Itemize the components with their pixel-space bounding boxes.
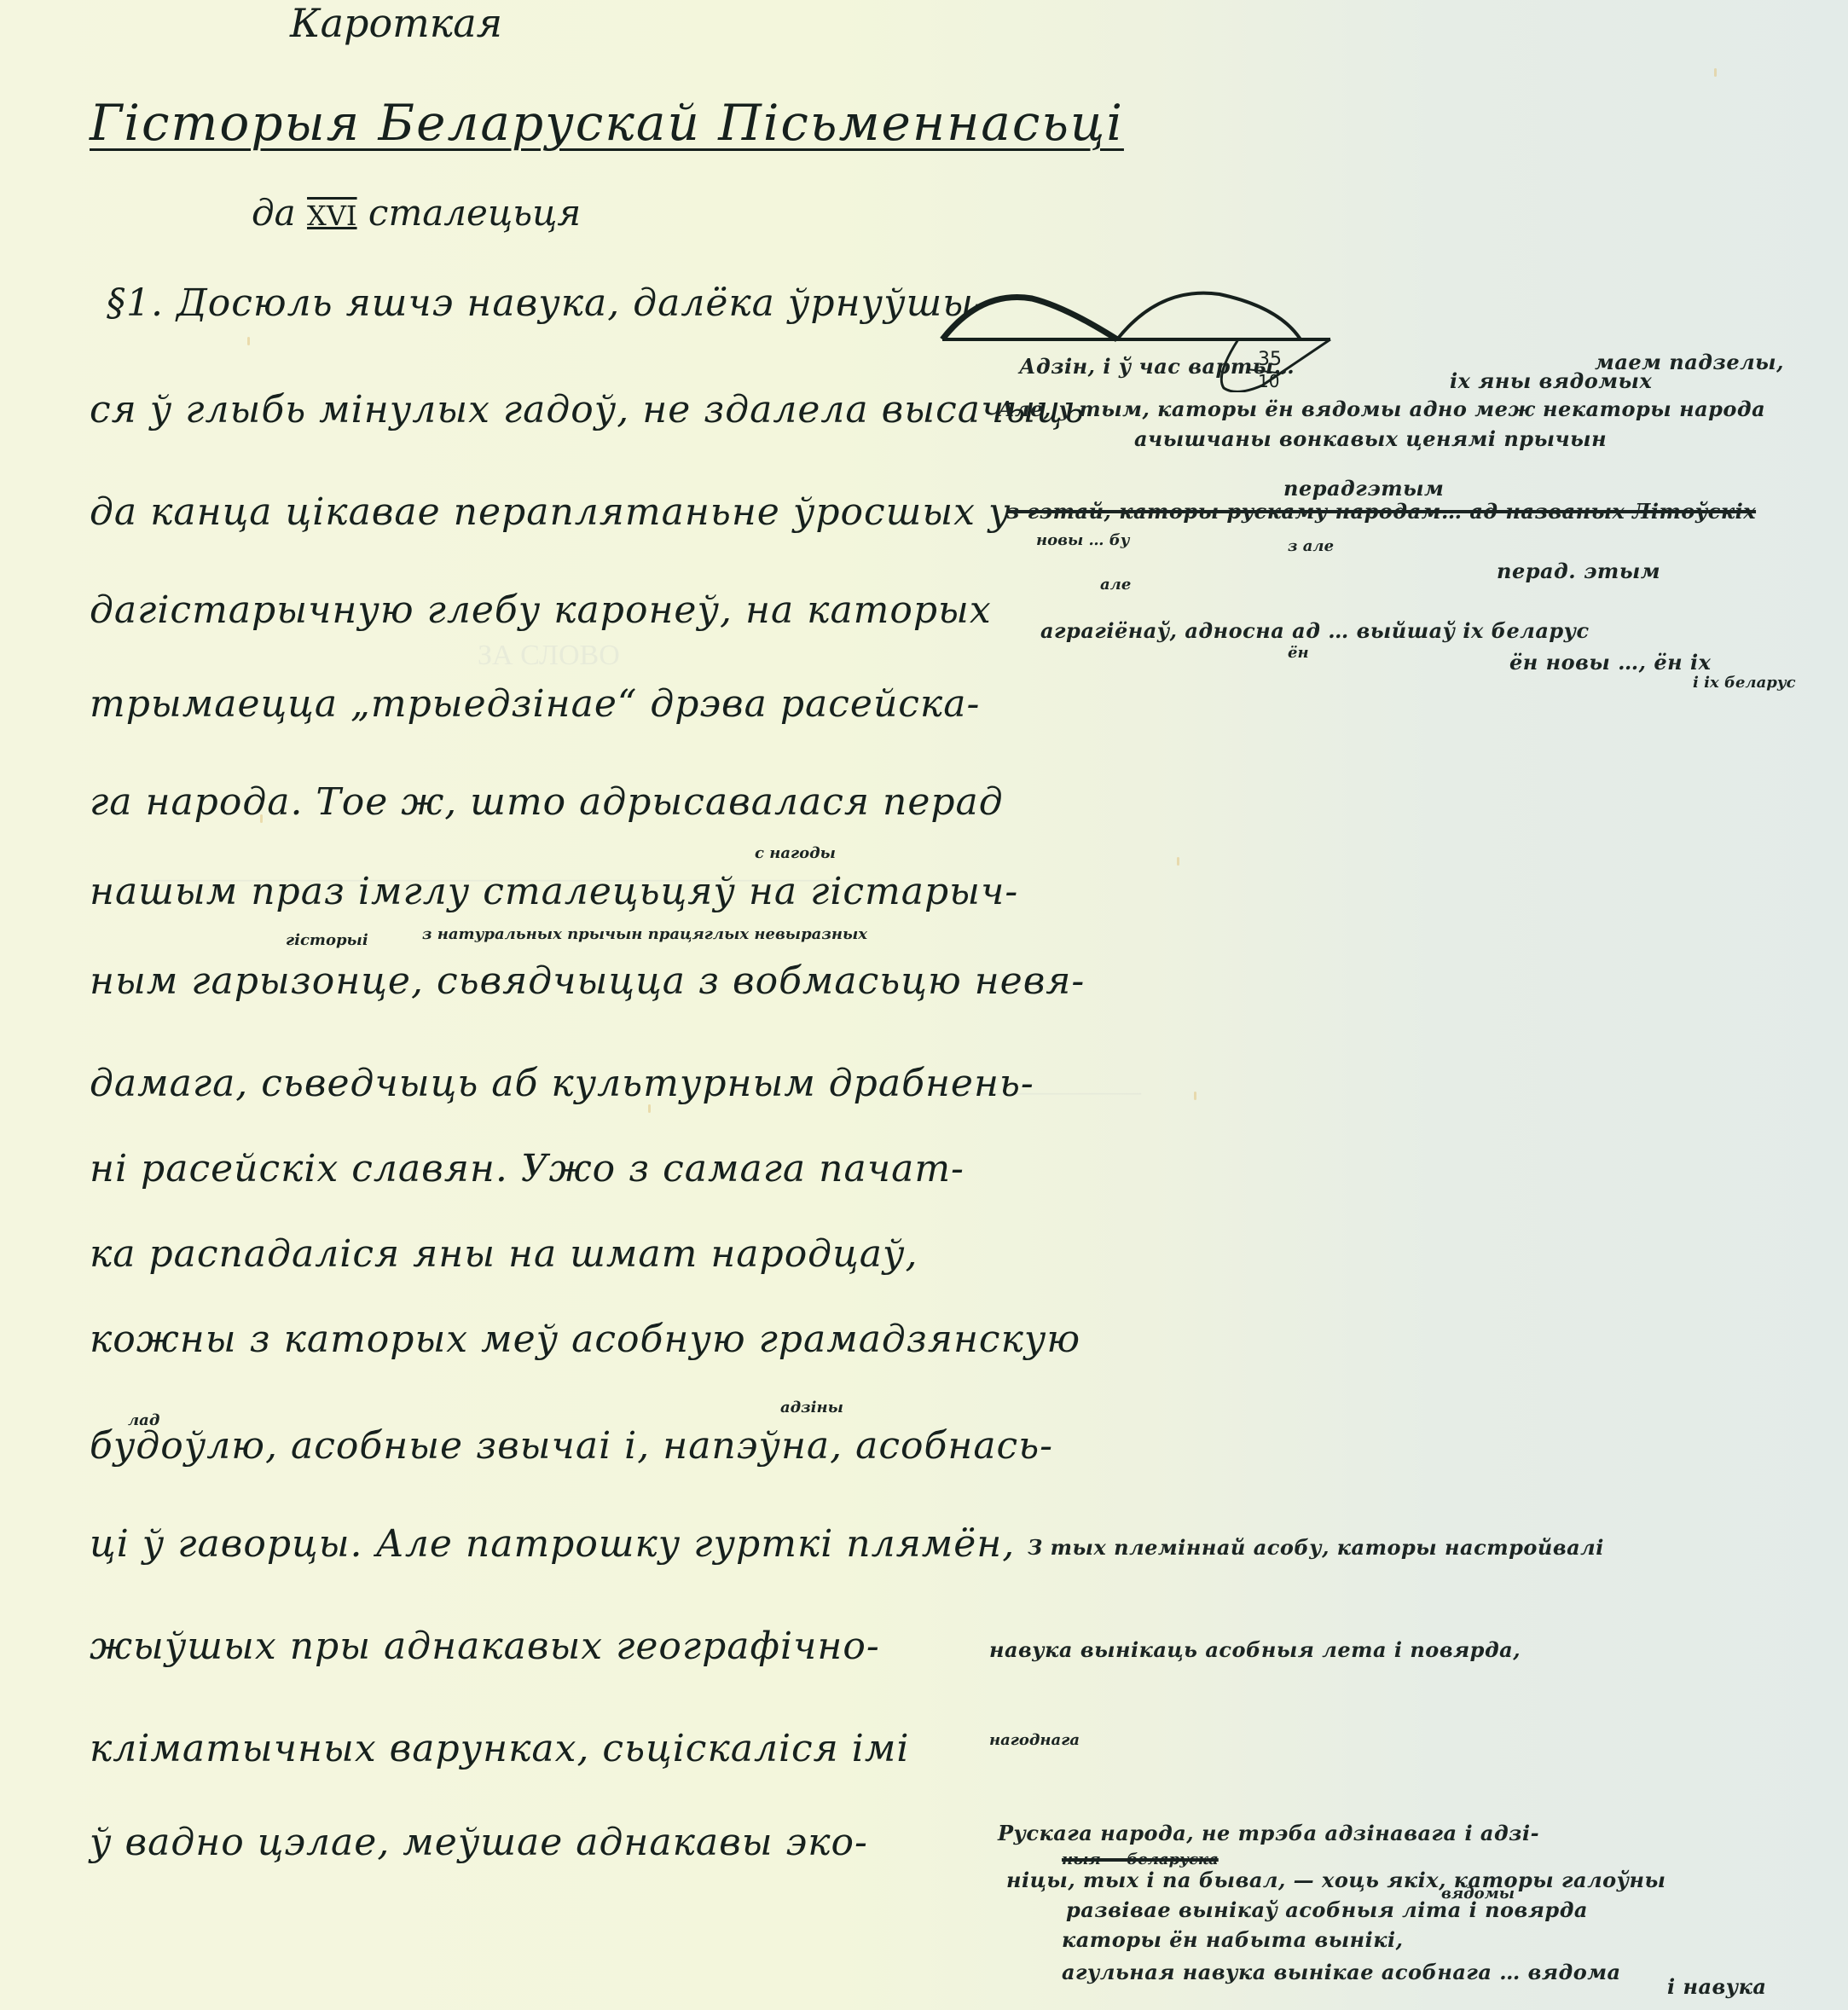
margin-note: аграгіёнаў, адносна ад … выйшаў іх белар… [1040, 618, 1590, 643]
body-line-9: дамага, сьведчыць аб культурным драбнень… [90, 1062, 1034, 1105]
margin-note: і навука [1667, 1974, 1766, 1999]
body-line-12: кожны з каторых меў асобную грамадзянску… [90, 1318, 1080, 1361]
body-line-13: будоўлю, асобные звычаі і, напэўна, асоб… [90, 1424, 1053, 1468]
margin-note: развівае вынікаў асобныя літа і повярда [1066, 1897, 1588, 1922]
margin-note: перад. этым [1497, 559, 1660, 583]
correction-above-line-8-left: гісторыі [286, 931, 368, 949]
body-line-16: кліматычных варунках, сьціскаліся імі [90, 1727, 909, 1770]
margin-note: ён новы …, ён іх [1509, 650, 1711, 675]
body-line-17: ў вадно цэлае, меўшае аднакавы эко- [90, 1821, 868, 1864]
margin-note: але [1100, 576, 1131, 594]
paper-speck [1177, 857, 1179, 866]
subtitle-prefix: да [252, 192, 296, 234]
body-line-6: га народа. Тое ж, што адрысавалася перад [90, 780, 1004, 824]
margin-note: з але [1288, 537, 1334, 555]
margin-note: ён [1288, 644, 1309, 662]
margin-note: ныя — беларуска [1062, 1851, 1219, 1868]
margin-note: Але, у тым, каторы ён вядомы адно меж не… [998, 397, 1765, 421]
margin-note: З тых племіннай асобу, каторы настройвал… [1028, 1535, 1604, 1560]
correction-above-line-13-right: адзіны [780, 1399, 843, 1416]
margin-note: і іх беларус [1693, 674, 1796, 692]
subtitle: да XVI сталецьця [252, 192, 581, 234]
margin-note: новы … бу [1036, 531, 1130, 549]
margin-note: ніцы, тых і па бывал, — хоць якіх, катор… [1006, 1868, 1666, 1892]
margin-note: агульная навука вынікае асобнага … вядом… [1062, 1960, 1621, 1984]
margin-note: ачышчаны вонкавых ценямі прычын [1134, 426, 1607, 451]
paper-speck [1714, 68, 1717, 77]
margin-note: каторы ён набыта вынікі, [1062, 1927, 1404, 1952]
bleed-through-text: ЗА СЛОВО [478, 640, 620, 672]
body-line-5: трымаецца „трыедзінае“ дрэва расейска- [90, 682, 980, 726]
margin-note: навука вынікаць асобныя лета і повярда, [989, 1637, 1521, 1662]
body-line-11: ка распадаліся яны на шмат народцаў, [90, 1232, 918, 1276]
title-small: Кароткая [290, 0, 502, 46]
body-line-14: ці ў гаворцы. Але патрошку гурткі плямён… [90, 1522, 1015, 1566]
title-main: Гісторыя Беларускай Пісьменнасьці [90, 94, 1124, 152]
paper-speck [648, 1104, 651, 1113]
paper-speck [260, 814, 263, 823]
body-line-7: нашым праз імглу сталецьцяў на гістарыч- [90, 870, 1018, 913]
body-line-3: да канца цікавае пераплятаньне ўросшых у [90, 490, 1011, 534]
body-line-8: ным гарызонце, сьвядчыцца з вобмасьцю не… [90, 959, 1085, 1003]
correction-above-line-8-right: з натуральных прычын працяглых невыразны… [422, 925, 867, 943]
manuscript-page: ЗА СЛОВО _______________________________… [0, 0, 1848, 2010]
subtitle-numeral: XVI [307, 200, 357, 232]
body-line-10: ні расейскіх славян. Ужо з самага пачат- [90, 1147, 965, 1190]
margin-note: Адзін, і ў час варты… [1019, 354, 1295, 379]
margin-note: нагоднага [989, 1731, 1080, 1749]
body-line-1: §1. Досюль яшчэ навука, далёка ўрнуўшы- [107, 281, 988, 325]
paper-speck [1194, 1092, 1196, 1100]
margin-note: перадгэтым [1283, 476, 1444, 501]
margin-note: іх яны вядомых [1450, 368, 1652, 393]
subtitle-suffix: сталецьця [368, 192, 581, 234]
body-line-15: жыўшых пры аднакавых географічно- [90, 1625, 880, 1668]
margin-note: Рускага народа, не трэба адзінавага і ад… [998, 1821, 1539, 1845]
body-line-4: дагістарычную глебу каронеў, на каторых [90, 588, 992, 632]
paper-speck [247, 337, 250, 345]
body-line-2: ся ў глыбь мінулых гадоў, не здалела выс… [90, 388, 1085, 432]
margin-note: з гэтай, каторы рускаму народам… ад назв… [1006, 499, 1756, 524]
correction-above-line-7: с нагоды [755, 844, 836, 862]
